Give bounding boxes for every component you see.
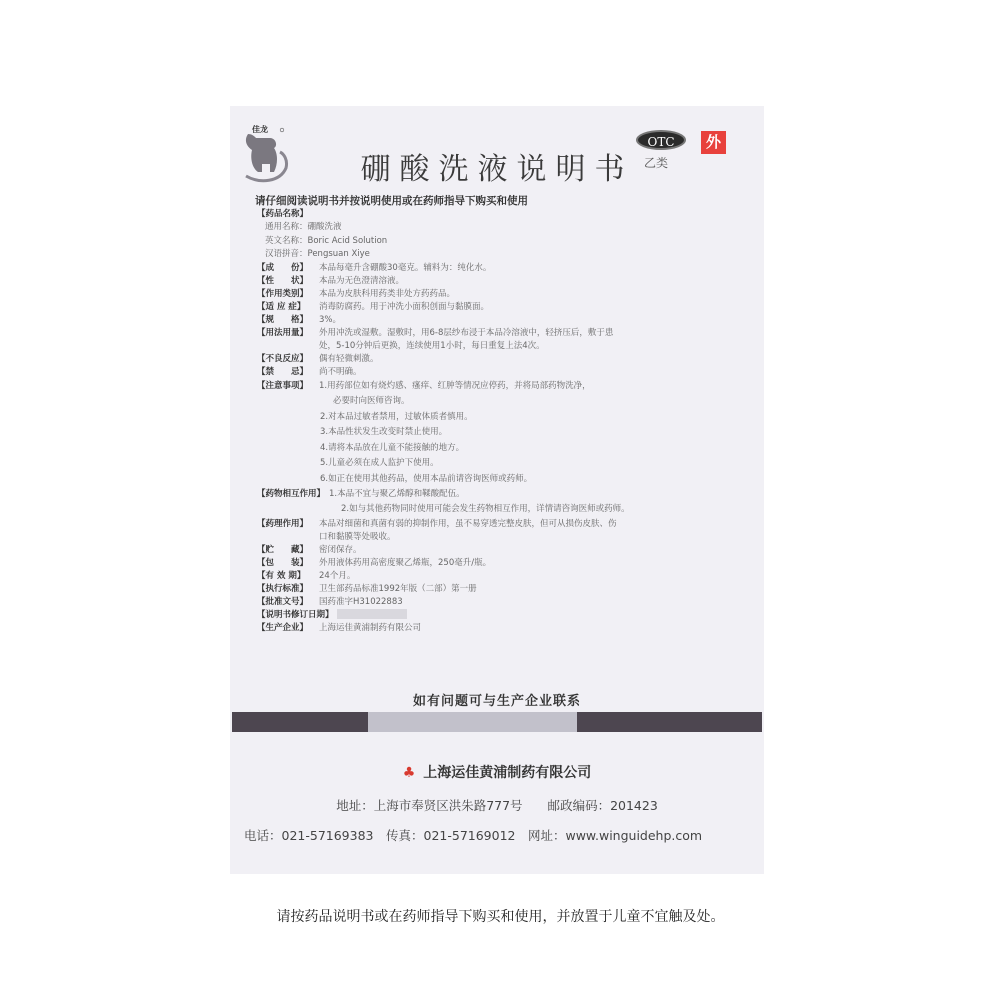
section-contraindications: 【禁 忌】 尚不明确。	[257, 366, 747, 379]
section-value: 3%。	[319, 314, 747, 327]
precaution-item: 3.本品性状发生改变时禁止使用。	[257, 425, 747, 441]
section-value: 消毒防腐药。用于冲洗小面积创面与黏膜面。	[319, 301, 747, 314]
company-phone-fax-web: 电话：021-57169383 传真：021-57169012 网址：www.w…	[244, 826, 702, 844]
section-label: 【禁 忌】	[257, 366, 319, 379]
section-value: 处，5-10分钟后更换，连续使用1小时，每日重复上法4次。	[319, 340, 747, 353]
section-label: 【不良反应】	[257, 353, 319, 366]
section-standard: 【执行标准】 卫生部药品标准1992年版（二部）第一册	[257, 583, 747, 596]
precaution-item: 5.儿童必须在成人监护下使用。	[257, 456, 747, 472]
read-instructions-notice: 请仔细阅读说明书并按说明使用或在药师指导下购买和使用	[255, 193, 528, 208]
divider-bar-dark-left	[232, 712, 368, 732]
company-name: 上海运佳黄浦制药有限公司	[423, 765, 591, 781]
section-indications: 【适 应 症】 消毒防腐药。用于冲洗小面积创面与黏膜面。	[257, 301, 747, 314]
interaction-item: 2.如与其他药物同时使用可能会发生药物相互作用，详情请咨询医师或药师。	[257, 502, 747, 518]
section-specification: 【规 格】 3%。	[257, 314, 747, 327]
precaution-item: 2.对本品过敏者禁用，过敏体质者慎用。	[257, 410, 747, 426]
section-label: 【说明书修订日期】	[257, 609, 337, 622]
precaution-item: 1.用药部位如有烧灼感、瘙痒、红肿等情况应停药，并将局部药物洗净，	[319, 379, 747, 395]
section-description: 【性 状】 本品为无色澄清溶液。	[257, 275, 747, 288]
section-label: 【用法用量】	[257, 327, 319, 340]
section-label: 【性 状】	[257, 275, 319, 288]
redacted-value	[337, 609, 747, 622]
section-label: 【药理作用】	[257, 518, 319, 531]
contact-heading: 如有问题可与生产企业联系	[230, 690, 764, 709]
section-drug-name: 【药品名称】	[257, 208, 747, 221]
divider-bar-light	[368, 712, 577, 732]
section-value: 国药准字H31022883	[319, 596, 747, 609]
section-interactions: 【药物相互作用】 1.本品不宜与聚乙烯醇和鞣酸配伍。	[257, 487, 747, 502]
section-revision-date: 【说明书修订日期】	[257, 609, 747, 622]
section-value: 卫生部药品标准1992年版（二部）第一册	[319, 583, 747, 596]
section-pharmacology-cont: 口和黏膜等处吸收。	[257, 531, 747, 544]
section-value: 尚不明确。	[319, 366, 747, 379]
common-name: 通用名称：硼酸洗液	[257, 221, 747, 235]
english-name: 英文名称：Boric Acid Solution	[257, 235, 747, 249]
label-spacer	[257, 531, 319, 544]
section-label: 【包 装】	[257, 557, 319, 570]
section-label: 【贮 藏】	[257, 544, 319, 557]
otc-class-label: 乙类	[644, 154, 668, 171]
section-ingredients: 【成 份】 本品每毫升含硼酸30毫克。辅料为：纯化水。	[257, 262, 747, 275]
section-value: 口和黏膜等处吸收。	[319, 531, 747, 544]
document-title: 硼酸洗液说明书	[230, 144, 764, 188]
logo-brand-text: 佳龙	[252, 124, 268, 135]
section-value: 本品对细菌和真菌有弱的抑制作用，虽不易穿透完整皮肤，但可从损伤皮肤、伤	[319, 518, 747, 531]
section-label: 【有 效 期】	[257, 570, 319, 583]
section-label: 【生产企业】	[257, 622, 319, 635]
company-name-line: ♣上海运佳黄浦制药有限公司	[230, 762, 764, 782]
section-label: 【药品名称】	[257, 208, 319, 221]
footer-note: 请按药品说明书或在药师指导下购买和使用，并放置于儿童不宜触及处。	[0, 906, 1001, 926]
section-value: 偶有轻微刺激。	[319, 353, 747, 366]
section-label: 【药物相互作用】	[257, 487, 329, 502]
section-validity: 【有 效 期】 24个月。	[257, 570, 747, 583]
section-storage: 【贮 藏】 密闭保存。	[257, 544, 747, 557]
precaution-item: 必要时向医师咨询。	[257, 394, 747, 410]
section-pharmacology: 【药理作用】 本品对细菌和真菌有弱的抑制作用，虽不易穿透完整皮肤，但可从损伤皮肤…	[257, 518, 747, 531]
leaflet-sections: 【药品名称】 通用名称：硼酸洗液 英文名称：Boric Acid Solutio…	[257, 208, 747, 635]
precaution-item: 4.请将本品放在儿童不能接触的地方。	[257, 441, 747, 457]
leaflet-card: 佳龙 硼酸洗液说明书 OTC 乙类 外 请仔细阅读说明书并按说明使用或在药师指导…	[230, 106, 764, 874]
section-value: 外用冲洗或湿敷。湿敷时，用6-8层纱布浸于本品冷溶液中，轻挤压后，敷于患	[319, 327, 747, 340]
section-value: 本品每毫升含硼酸30毫克。辅料为：纯化水。	[319, 262, 747, 275]
section-label: 【适 应 症】	[257, 301, 319, 314]
section-category: 【作用类别】 本品为皮肤科用药类非处方药药品。	[257, 288, 747, 301]
section-package: 【包 装】 外用液体药用高密度聚乙烯瓶，250毫升/瓶。	[257, 557, 747, 570]
section-value: 上海运佳黄浦制药有限公司	[319, 622, 747, 635]
label-spacer	[257, 340, 319, 353]
section-label: 【成 份】	[257, 262, 319, 275]
external-use-badge: 外	[701, 131, 726, 154]
section-value: 密闭保存。	[319, 544, 747, 557]
section-value: 24个月。	[319, 570, 747, 583]
otc-badge: OTC	[636, 130, 686, 150]
section-value: 本品为无色澄清溶液。	[319, 275, 747, 288]
section-value: 本品为皮肤科用药类非处方药药品。	[319, 288, 747, 301]
precaution-item: 6.如正在使用其他药品，使用本品前请咨询医师或药师。	[257, 472, 747, 488]
company-logo-icon: ♣	[403, 765, 416, 781]
section-label: 【规 格】	[257, 314, 319, 327]
section-label: 【注意事项】	[257, 379, 319, 395]
section-dosage: 【用法用量】 外用冲洗或湿敷。湿敷时，用6-8层纱布浸于本品冷溶液中，轻挤压后，…	[257, 327, 747, 340]
pinyin-name: 汉语拼音：Pengsuan Xiye	[257, 248, 747, 262]
section-label: 【批准文号】	[257, 596, 319, 609]
divider-bar-dark-right	[577, 712, 762, 732]
section-manufacturer: 【生产企业】 上海运佳黄浦制药有限公司	[257, 622, 747, 635]
section-dosage-cont: 处，5-10分钟后更换，连续使用1小时，每日重复上法4次。	[257, 340, 747, 353]
redacted-block	[337, 609, 407, 619]
section-adverse: 【不良反应】 偶有轻微刺激。	[257, 353, 747, 366]
section-value: 外用液体药用高密度聚乙烯瓶，250毫升/瓶。	[319, 557, 747, 570]
interaction-item: 1.本品不宜与聚乙烯醇和鞣酸配伍。	[329, 487, 747, 502]
section-precautions: 【注意事项】 1.用药部位如有烧灼感、瘙痒、红肿等情况应停药，并将局部药物洗净，	[257, 379, 747, 395]
section-label: 【执行标准】	[257, 583, 319, 596]
section-label: 【作用类别】	[257, 288, 319, 301]
section-approval: 【批准文号】 国药准字H31022883	[257, 596, 747, 609]
company-address: 地址：上海市奉贤区洪朱路777号 邮政编码：201423	[230, 796, 764, 814]
